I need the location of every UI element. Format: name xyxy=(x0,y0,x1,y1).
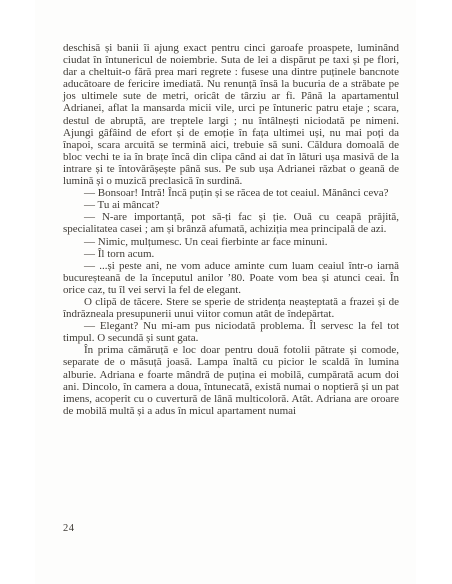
paragraph: — Tu ai mâncat? xyxy=(63,199,399,211)
paragraph: — Bonsoar! Intră! Încă puțin și se răcea… xyxy=(63,187,399,199)
paragraph: — Îl torn acum. xyxy=(63,248,399,260)
page-text: deschisă și banii îi ajung exact pentru … xyxy=(63,42,399,417)
paragraph: — ...și peste ani, ne vom aduce aminte c… xyxy=(63,260,399,296)
paragraph: deschisă și banii îi ajung exact pentru … xyxy=(63,42,399,187)
page-number: 24 xyxy=(63,523,75,534)
paragraph: — N-are importanță, pot să-ți fac și ție… xyxy=(63,211,399,235)
paragraph: — Nimic, mulțumesc. Un ceai fierbinte ar… xyxy=(63,236,399,248)
paragraph: — Elegant? Nu mi-am pus niciodată proble… xyxy=(63,320,399,344)
paragraph: O clipă de tăcere. Stere se sperie de st… xyxy=(63,296,399,320)
paragraph: În prima cămăruță e loc doar pentru două… xyxy=(63,344,399,417)
